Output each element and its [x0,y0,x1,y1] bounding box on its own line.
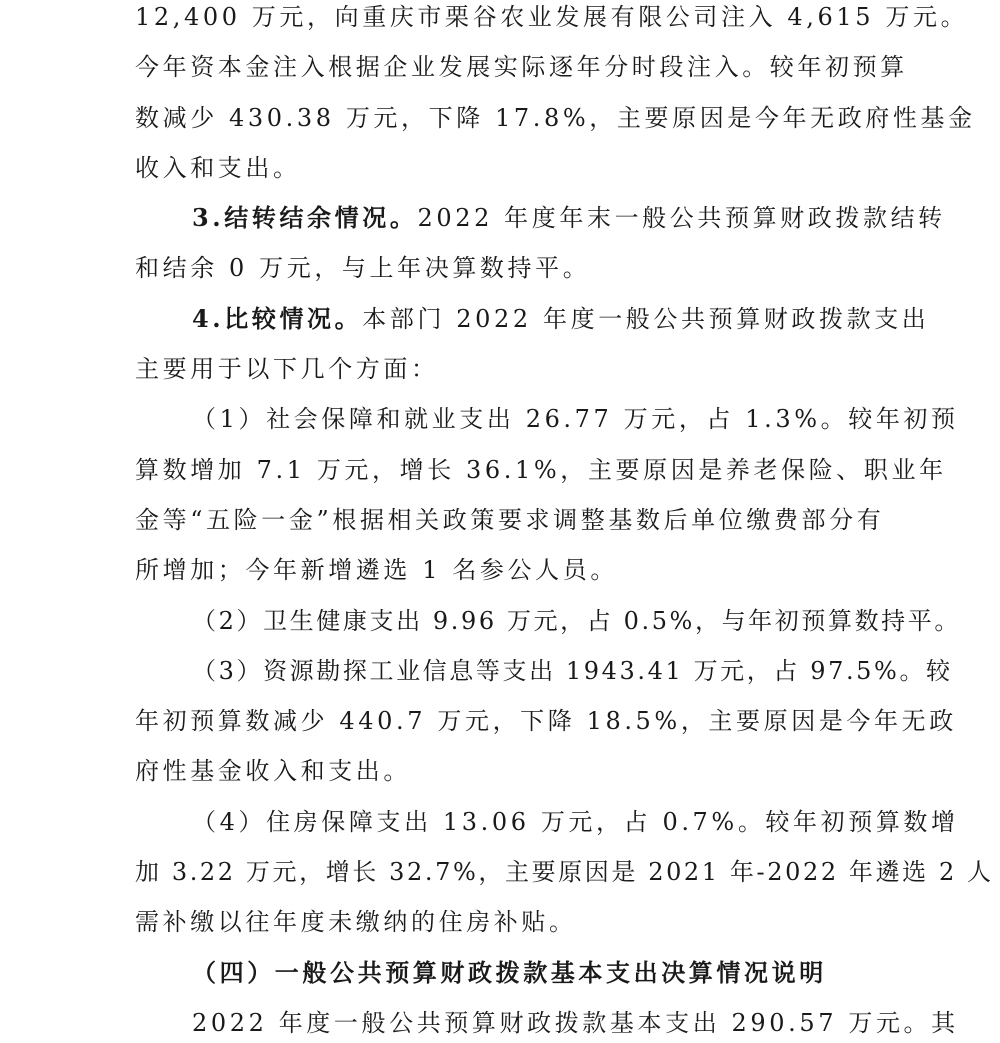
text-line: （2）卫生健康支出 9.96 万元，占 0.5%，与年初预算数持平。 [135,596,880,646]
text-line: 今年资本金注入根据企业发展实际逐年分时段注入。较年初预算 [135,42,880,92]
text-line: （3）资源勘探工业信息等支出 1943.41 万元，占 97.5%。较 [135,646,880,696]
document-page: 12,400 万元，向重庆市栗谷农业发展有限公司注入 4,615 万元。 今年资… [135,0,880,1043]
paragraph-item-3: （3）资源勘探工业信息等支出 1943.41 万元，占 97.5%。较 年初预算… [135,646,880,797]
text-line: 加 3.22 万元，增长 32.7%，主要原因是 2021 年-2022 年遴选… [135,847,880,897]
paragraph-capital-injection: 12,400 万元，向重庆市栗谷农业发展有限公司注入 4,615 万元。 今年资… [135,0,880,193]
paragraph-item-4: （4）住房保障支出 13.06 万元，占 0.7%。较年初预算数增 加 3.22… [135,797,880,948]
section-lead-carryover: 3.结转结余情况。 [192,203,417,232]
text-line: 金等“五险一金”根据相关政策要求调整基数后单位缴费部分有 [135,495,880,545]
text-line: 2022 年度一般公共预算财政拨款基本支出 290.57 万元。其 [135,998,880,1043]
section-lead-comparison: 4.比较情况。 [192,304,362,333]
section-title: （四）一般公共预算财政拨款基本支出决算情况说明 [135,948,880,998]
text-line: 12,400 万元，向重庆市栗谷农业发展有限公司注入 4,615 万元。 [135,0,880,42]
section-heading: （四）一般公共预算财政拨款基本支出决算情况说明 [135,948,880,998]
text-line: 和结余 0 万元，与上年决算数持平。 [135,243,880,293]
text-line: （1）社会保障和就业支出 26.77 万元，占 1.3%。较年初预 [135,394,880,444]
text-span: 本部门 2022 年度一般公共预算财政拨款支出 [362,305,929,333]
paragraph-basic-expenditure: 2022 年度一般公共预算财政拨款基本支出 290.57 万元。其 [135,998,880,1043]
paragraph-item-1: （1）社会保障和就业支出 26.77 万元，占 1.3%。较年初预 算数增加 7… [135,394,880,595]
text-line: 收入和支出。 [135,143,880,193]
text-line: 4.比较情况。本部门 2022 年度一般公共预算财政拨款支出 [135,294,880,344]
text-line: 府性基金收入和支出。 [135,746,880,796]
paragraph-comparison: 4.比较情况。本部门 2022 年度一般公共预算财政拨款支出 主要用于以下几个方… [135,294,880,395]
text-line: 所增加；今年新增遴选 1 名参公人员。 [135,545,880,595]
paragraph-item-2: （2）卫生健康支出 9.96 万元，占 0.5%，与年初预算数持平。 [135,596,880,646]
text-line: 需补缴以往年度未缴纳的住房补贴。 [135,897,880,947]
text-line: 主要用于以下几个方面： [135,344,880,394]
text-line: 3.结转结余情况。2022 年度年末一般公共预算财政拨款结转 [135,193,880,243]
paragraph-carryover: 3.结转结余情况。2022 年度年末一般公共预算财政拨款结转 和结余 0 万元，… [135,193,880,294]
text-span: 2022 年度年末一般公共预算财政拨款结转 [417,204,945,232]
text-line: （4）住房保障支出 13.06 万元，占 0.7%。较年初预算数增 [135,797,880,847]
text-line: 年初预算数减少 440.7 万元，下降 18.5%，主要原因是今年无政 [135,696,880,746]
text-line: 算数增加 7.1 万元，增长 36.1%，主要原因是养老保险、职业年 [135,445,880,495]
text-line: 数减少 430.38 万元，下降 17.8%，主要原因是今年无政府性基金 [135,93,880,143]
